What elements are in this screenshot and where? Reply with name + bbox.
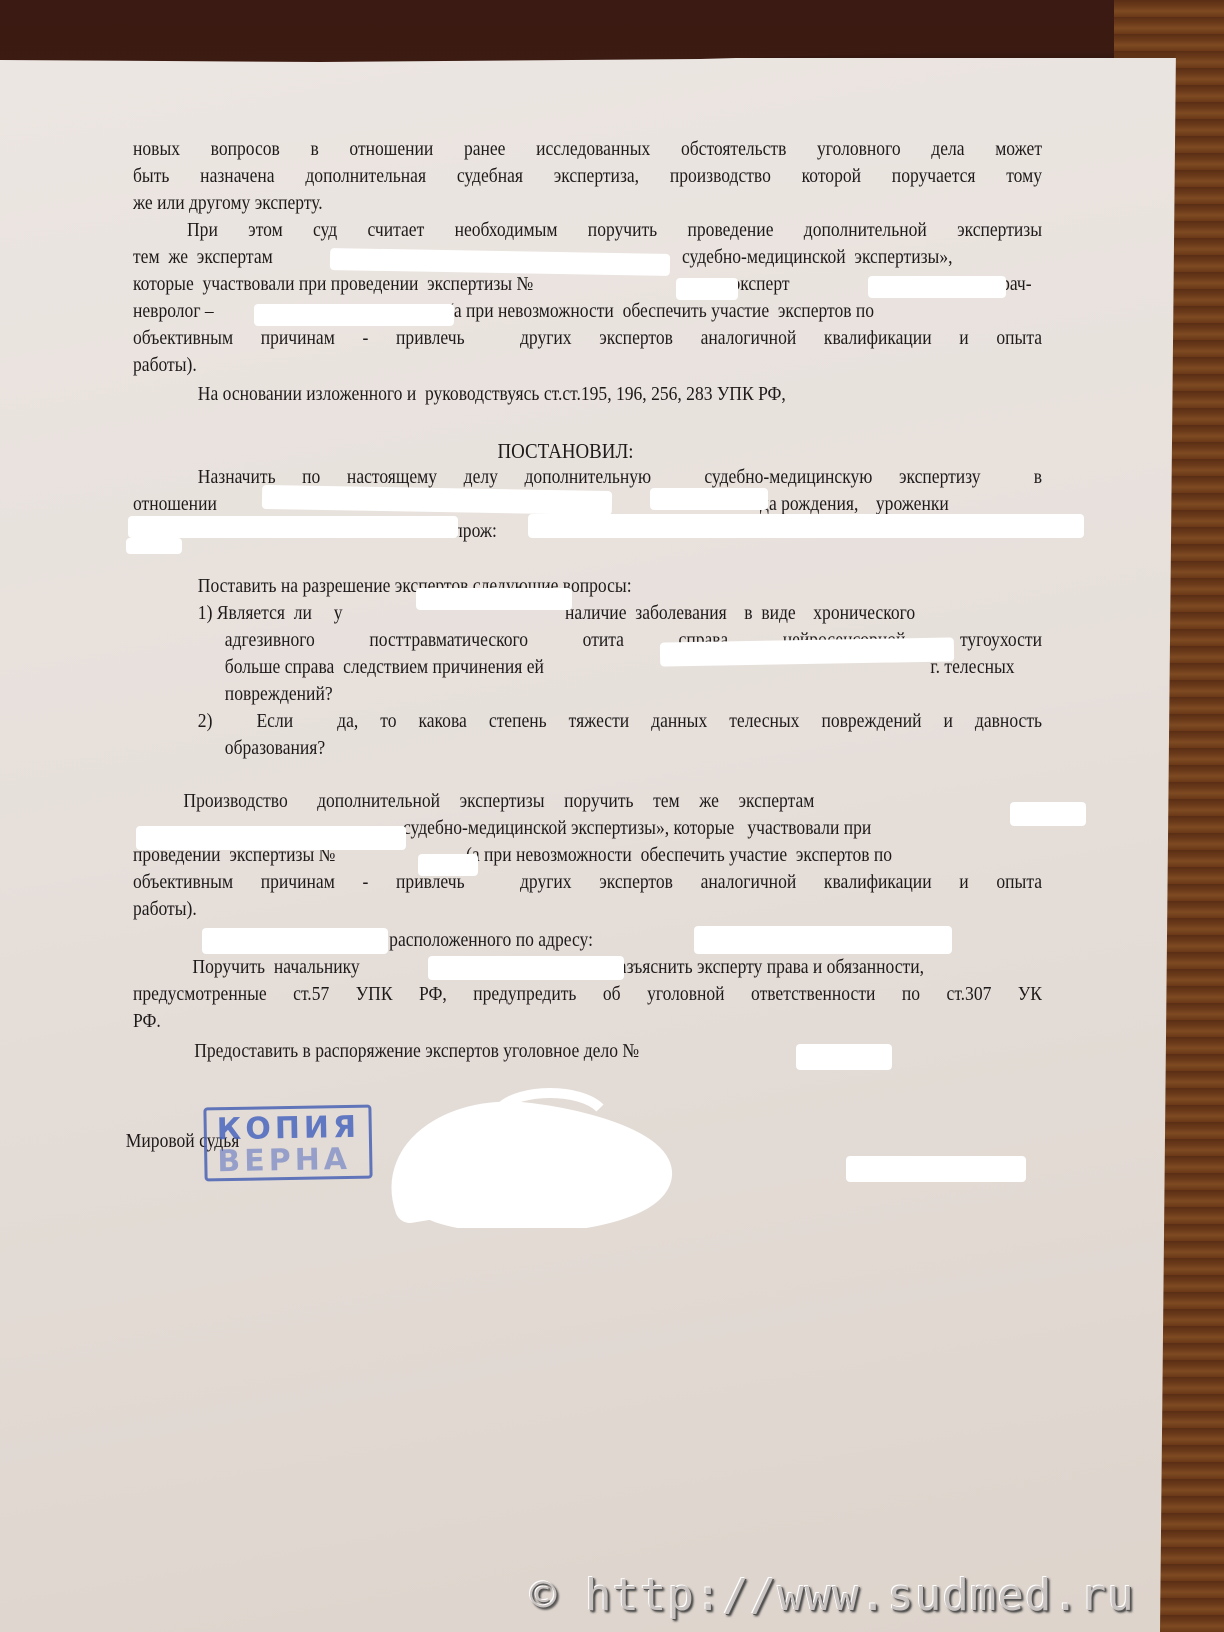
redaction xyxy=(428,956,624,980)
redaction xyxy=(416,588,572,610)
redaction xyxy=(254,304,454,326)
paragraph-line: новых вопросов в отношении ранее исследо… xyxy=(133,136,1042,163)
redaction xyxy=(136,826,406,850)
redaction xyxy=(418,854,478,876)
paragraph-line: быть назначена дополнительная судебная э… xyxy=(133,163,1042,190)
paragraph-line: прож: xyxy=(453,518,497,545)
paragraph-line: судебно-медицинской экспертизы», xyxy=(682,244,953,271)
decision-heading: ПОСТАНОВИЛ: xyxy=(498,438,634,465)
stamp-line: ВЕРНА xyxy=(217,1144,370,1179)
question-line: больше справа следствием причинения ей xyxy=(225,654,544,681)
redaction xyxy=(128,516,458,538)
copy-certified-stamp: КОПИЯ ВЕРНА xyxy=(203,1105,372,1182)
paragraph-line: При этом суд считает необходимым поручит… xyxy=(187,217,1042,244)
redacted-signature xyxy=(380,1088,680,1228)
paragraph-line: невролог – xyxy=(133,298,214,325)
redaction xyxy=(676,278,738,300)
paragraph-line: Поручить начальнику xyxy=(192,954,359,981)
redaction xyxy=(1010,802,1086,826)
paragraph-line: Производство дополнительной экспертизы п… xyxy=(183,788,814,815)
redaction xyxy=(694,926,952,954)
paragraph-line: (а при невозможности обеспечить участие … xyxy=(466,842,892,869)
redaction xyxy=(126,538,182,554)
paragraph-line: работы). xyxy=(133,352,197,379)
paragraph-line: же или другому эксперту. xyxy=(133,190,323,217)
question-line: 2) Если да, то какова степень тяжести да… xyxy=(198,708,1042,735)
redaction xyxy=(846,1156,1026,1182)
redaction xyxy=(796,1044,892,1070)
paragraph-line: которые участвовали при проведении экспе… xyxy=(133,271,533,298)
site-watermark: © http://www.sudmed.ru xyxy=(530,1570,1135,1621)
paragraph-line: предусмотренные ст.57 УПК РФ, предупреди… xyxy=(133,981,1042,1008)
question-line: образования? xyxy=(225,735,325,762)
paragraph-line: объективным причинам - привлечь других э… xyxy=(133,869,1042,896)
paragraph-line: работы). xyxy=(133,896,197,923)
paragraph-line: тем же экспертам xyxy=(133,244,273,271)
paragraph-line: объективным причинам - привлечь других э… xyxy=(133,325,1042,352)
paragraph-line: судебно-медицинской экспертизы», которые… xyxy=(403,815,871,842)
paragraph-line: РФ. xyxy=(133,1008,161,1035)
paragraph-line: Предоставить в распоряжение экспертов уг… xyxy=(194,1038,639,1065)
question-line: наличие заболевания в виде хронического xyxy=(565,600,915,627)
paragraph-line: отношении xyxy=(133,491,217,518)
paragraph-line: На основании изложенного и руководствуяс… xyxy=(198,381,786,408)
redaction xyxy=(202,928,388,954)
redaction xyxy=(528,514,1084,538)
redaction xyxy=(868,276,1006,298)
paragraph-line: (а при невозможности обеспечить участие … xyxy=(448,298,874,325)
redaction xyxy=(650,488,768,510)
question-line: 1) Является ли у xyxy=(198,600,343,627)
paragraph-line: разъяснить эксперту права и обязанности, xyxy=(610,954,924,981)
paragraph-line: , расположенного по адресу: xyxy=(376,927,593,954)
redaction xyxy=(660,637,954,666)
document-page: новых вопросов в отношении ранее исследо… xyxy=(0,58,1176,1632)
document-text: новых вопросов в отношении ранее исследо… xyxy=(133,136,1042,1236)
question-line: повреждений? xyxy=(225,681,333,708)
